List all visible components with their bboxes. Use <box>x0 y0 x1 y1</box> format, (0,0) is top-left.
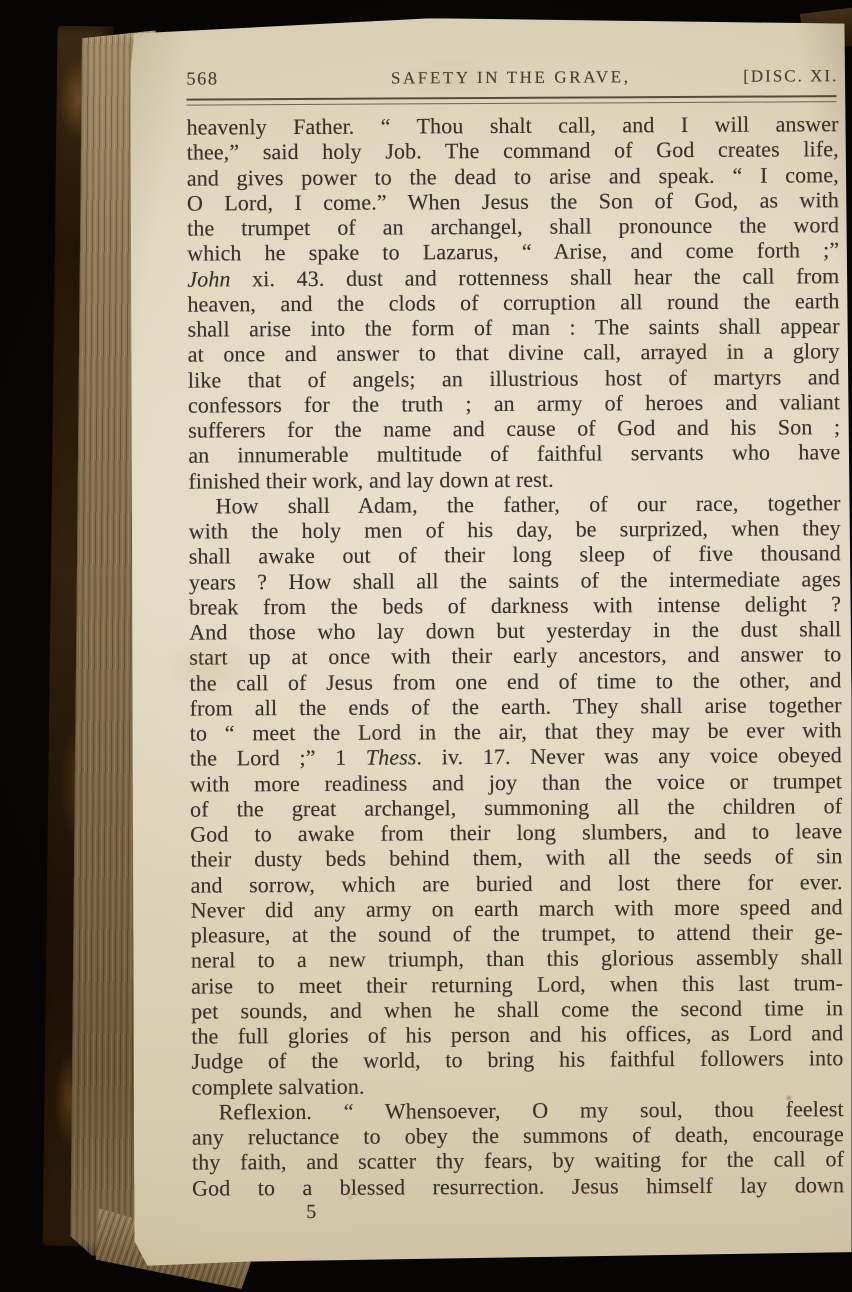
text-line: any reluctance to obey the summons of de… <box>192 1121 844 1150</box>
section-label: [DISC. XI. <box>743 66 838 86</box>
text-line: confessors for the truth ; an army of he… <box>188 389 840 418</box>
text-line: years ? How shall all the saints of the … <box>189 566 841 595</box>
text-line: of the great archangel, summoning all th… <box>190 793 842 822</box>
text-line: Judge of the world, to bring his faithfu… <box>191 1045 843 1074</box>
body-text: heavenly Father. “ Thou shalt call, and … <box>187 111 845 1200</box>
text-line: Reflexion. “ Whensoever, O my soul, thou… <box>192 1096 844 1125</box>
text-line: start up at once with their early ancest… <box>189 641 841 670</box>
text-line: with the holy men of his day, be surpriz… <box>189 515 841 544</box>
text-line: the trumpet of an archangel, shall prono… <box>187 212 839 241</box>
text-line: an innumerable multitude of faithful ser… <box>188 439 840 468</box>
text-line: the full glories of his person and his o… <box>191 1020 843 1049</box>
photo-background: 568 SAFETY IN THE GRAVE, [DISC. XI. heav… <box>0 0 852 1292</box>
text-line: Never did any army on earth march with m… <box>191 894 843 923</box>
text-line: from all the ends of the earth. They sha… <box>190 692 842 721</box>
text-line: shall awake out of their long sleep of f… <box>189 540 841 569</box>
text-line: like that of angels; an illustrious host… <box>188 364 840 393</box>
text-line: break from the beds of darkness with int… <box>189 591 841 620</box>
text-line: complete salvation. <box>192 1071 844 1100</box>
text-line: thee,” said holy Job. The command of God… <box>187 136 839 165</box>
text-line: pet sounds, and when he shall come the s… <box>191 995 843 1024</box>
text-line: and gives power to the dead to arise and… <box>187 162 839 191</box>
text-line: shall arise into the form of man : The s… <box>188 313 840 342</box>
header-rule <box>186 95 836 105</box>
text-line: thy faith, and scatter thy fears, by wai… <box>192 1146 844 1175</box>
page-number: 568 <box>186 69 278 90</box>
page-header: 568 SAFETY IN THE GRAVE, [DISC. XI. <box>186 66 838 90</box>
text-line: arise to meet their returning Lord, when… <box>191 970 843 999</box>
text-line: God to a blessed resurrection. Jesus him… <box>192 1172 844 1201</box>
text-line: the Lord ;” 1 Thess. iv. 17. Never was a… <box>190 742 842 771</box>
running-title: SAFETY IN THE GRAVE, <box>278 67 743 89</box>
text-line: God to awake from their long slumbers, a… <box>190 818 842 847</box>
signature-mark: 5 <box>192 1198 844 1224</box>
text-line: to “ meet the Lord in the air, that they… <box>190 717 842 746</box>
text-line: sufferers for the name and cause of God … <box>188 414 840 443</box>
text-line: the call of Jesus from one end of time t… <box>189 667 841 696</box>
text-line: with more readiness and joy than the voi… <box>190 768 842 797</box>
text-line: which he spake to Lazarus, “ Arise, and … <box>187 237 839 266</box>
text-line: finished their work, and lay down at res… <box>188 465 840 494</box>
book-page: 568 SAFETY IN THE GRAVE, [DISC. XI. heav… <box>128 16 852 1266</box>
text-line: O Lord, I come.” When Jesus the Son of G… <box>187 187 839 216</box>
text-line: How shall Adam, the father, of our race,… <box>188 490 840 519</box>
text-line: And those who lay down but yesterday in … <box>189 616 841 645</box>
text-line: their dusty beds behind them, with all t… <box>190 843 842 872</box>
text-line: John xi. 43. dust and rottenness shall h… <box>187 263 839 292</box>
text-line: neral to a new triumph, than this glorio… <box>191 944 843 973</box>
text-line: heaven, and the clods of corruption all … <box>187 288 839 317</box>
text-line: at once and answer to that divine call, … <box>188 338 840 367</box>
text-line: heavenly Father. “ Thou shalt call, and … <box>187 111 839 140</box>
text-line: pleasure, at the sound of the trumpet, t… <box>191 919 843 948</box>
text-line: and sorrow, which are buried and lost th… <box>190 869 842 898</box>
